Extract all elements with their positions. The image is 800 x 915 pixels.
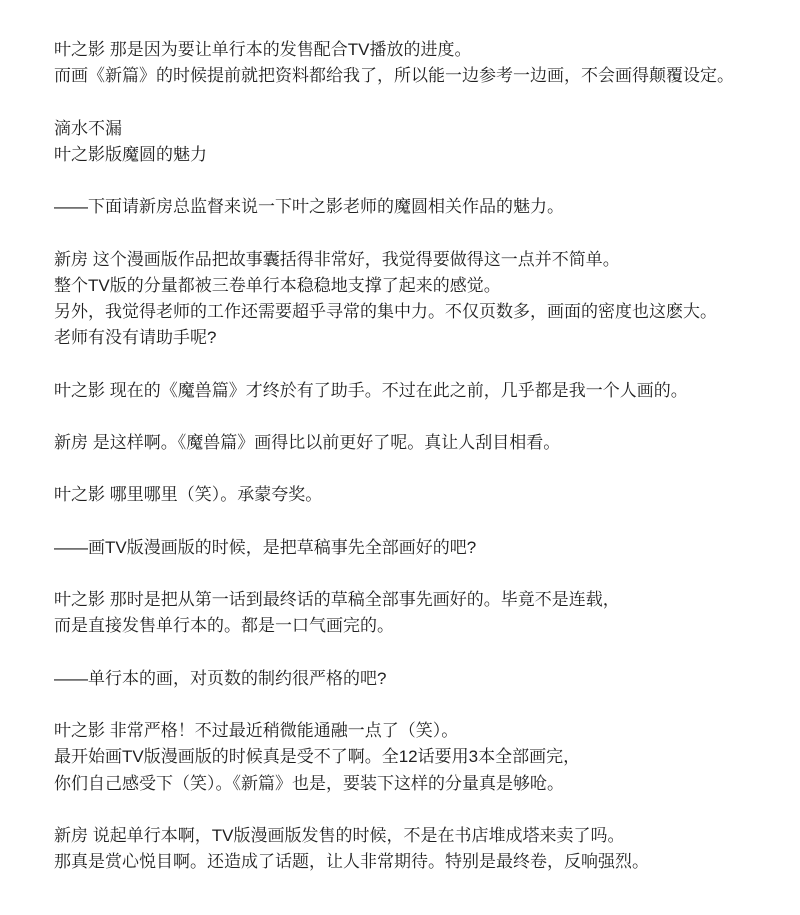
text-line: 另外，我觉得老师的工作还需要超乎寻常的集中力。不仅页数多，画面的密度也这麽大。 (54, 299, 760, 325)
text-line: 新房 是这样啊。《魔兽篇》画得比以前更好了呢。真让人刮目相看。 (54, 430, 760, 456)
text-line: 叶之影 那时是把从第一话到最终话的草稿全部事先画好的。毕竟不是连载， (54, 587, 760, 613)
text-line: 整个TV版的分量都被三卷单行本稳稳地支撑了起来的感觉。 (54, 273, 760, 299)
paragraph: ——画TV版漫画版的时候，是把草稿事先全部画好的吧? (54, 535, 760, 561)
text-line: 叶之影版魔圆的魅力 (54, 142, 760, 168)
text-line: ——下面请新房总监督来说一下叶之影老师的魔圆相关作品的魅力。 (54, 194, 760, 220)
text-line: 老师有没有请助手呢? (54, 325, 760, 351)
text-line: 叶之影 哪里哪里（笑）。承蒙夸奖。 (54, 482, 760, 508)
paragraph: ——单行本的画，对页数的制约很严格的吧? (54, 666, 760, 692)
paragraph: 叶之影 那时是把从第一话到最终话的草稿全部事先画好的。毕竟不是连载，而是直接发售… (54, 587, 760, 639)
text-line: 那真是赏心悦目啊。还造成了话题，让人非常期待。特别是最终卷，反响强烈。 (54, 849, 760, 875)
text-line: 最开始画TV版漫画版的时候真是受不了啊。全12话要用3本全部画完， (54, 744, 760, 770)
text-line: 你们自己感受下（笑）。《新篇》也是，要装下这样的分量真是够呛。 (54, 771, 760, 797)
interview-article: 叶之影 那是因为要让单行本的发售配合TV播放的进度。而画《新篇》的时候提前就把资… (0, 0, 800, 915)
text-line: 新房 这个漫画版作品把故事囊括得非常好，我觉得要做得这一点并不简单。 (54, 247, 760, 273)
paragraph: ——下面请新房总监督来说一下叶之影老师的魔圆相关作品的魅力。 (54, 194, 760, 220)
text-line: ——画TV版漫画版的时候，是把草稿事先全部画好的吧? (54, 535, 760, 561)
paragraph: 叶之影 哪里哪里（笑）。承蒙夸奖。 (54, 482, 760, 508)
text-line: 叶之影 现在的《魔兽篇》才终於有了助手。不过在此之前，几乎都是我一个人画的。 (54, 378, 760, 404)
paragraph: 叶之影 那是因为要让单行本的发售配合TV播放的进度。而画《新篇》的时候提前就把资… (54, 37, 760, 89)
paragraph: 叶之影 非常严格！不过最近稍微能通融一点了（笑）。最开始画TV版漫画版的时候真是… (54, 718, 760, 797)
paragraph: 新房 说起单行本啊，TV版漫画版发售的时候，不是在书店堆成塔来卖了吗。那真是赏心… (54, 823, 760, 875)
text-line: 叶之影 非常严格！不过最近稍微能通融一点了（笑）。 (54, 718, 760, 744)
text-line: 叶之影 那是因为要让单行本的发售配合TV播放的进度。 (54, 37, 760, 63)
text-line: ——单行本的画，对页数的制约很严格的吧? (54, 666, 760, 692)
paragraph: 叶之影 现在的《魔兽篇》才终於有了助手。不过在此之前，几乎都是我一个人画的。 (54, 378, 760, 404)
text-line: 而是直接发售单行本的。都是一口气画完的。 (54, 613, 760, 639)
paragraph: 新房 这个漫画版作品把故事囊括得非常好，我觉得要做得这一点并不简单。整个TV版的… (54, 247, 760, 352)
paragraph: 滴水不漏叶之影版魔圆的魅力 (54, 116, 760, 168)
text-line: 新房 说起单行本啊，TV版漫画版发售的时候，不是在书店堆成塔来卖了吗。 (54, 823, 760, 849)
text-line: 滴水不漏 (54, 116, 760, 142)
paragraph: 新房 是这样啊。《魔兽篇》画得比以前更好了呢。真让人刮目相看。 (54, 430, 760, 456)
text-line: 而画《新篇》的时候提前就把资料都给我了，所以能一边参考一边画，不会画得颠覆设定。 (54, 63, 760, 89)
